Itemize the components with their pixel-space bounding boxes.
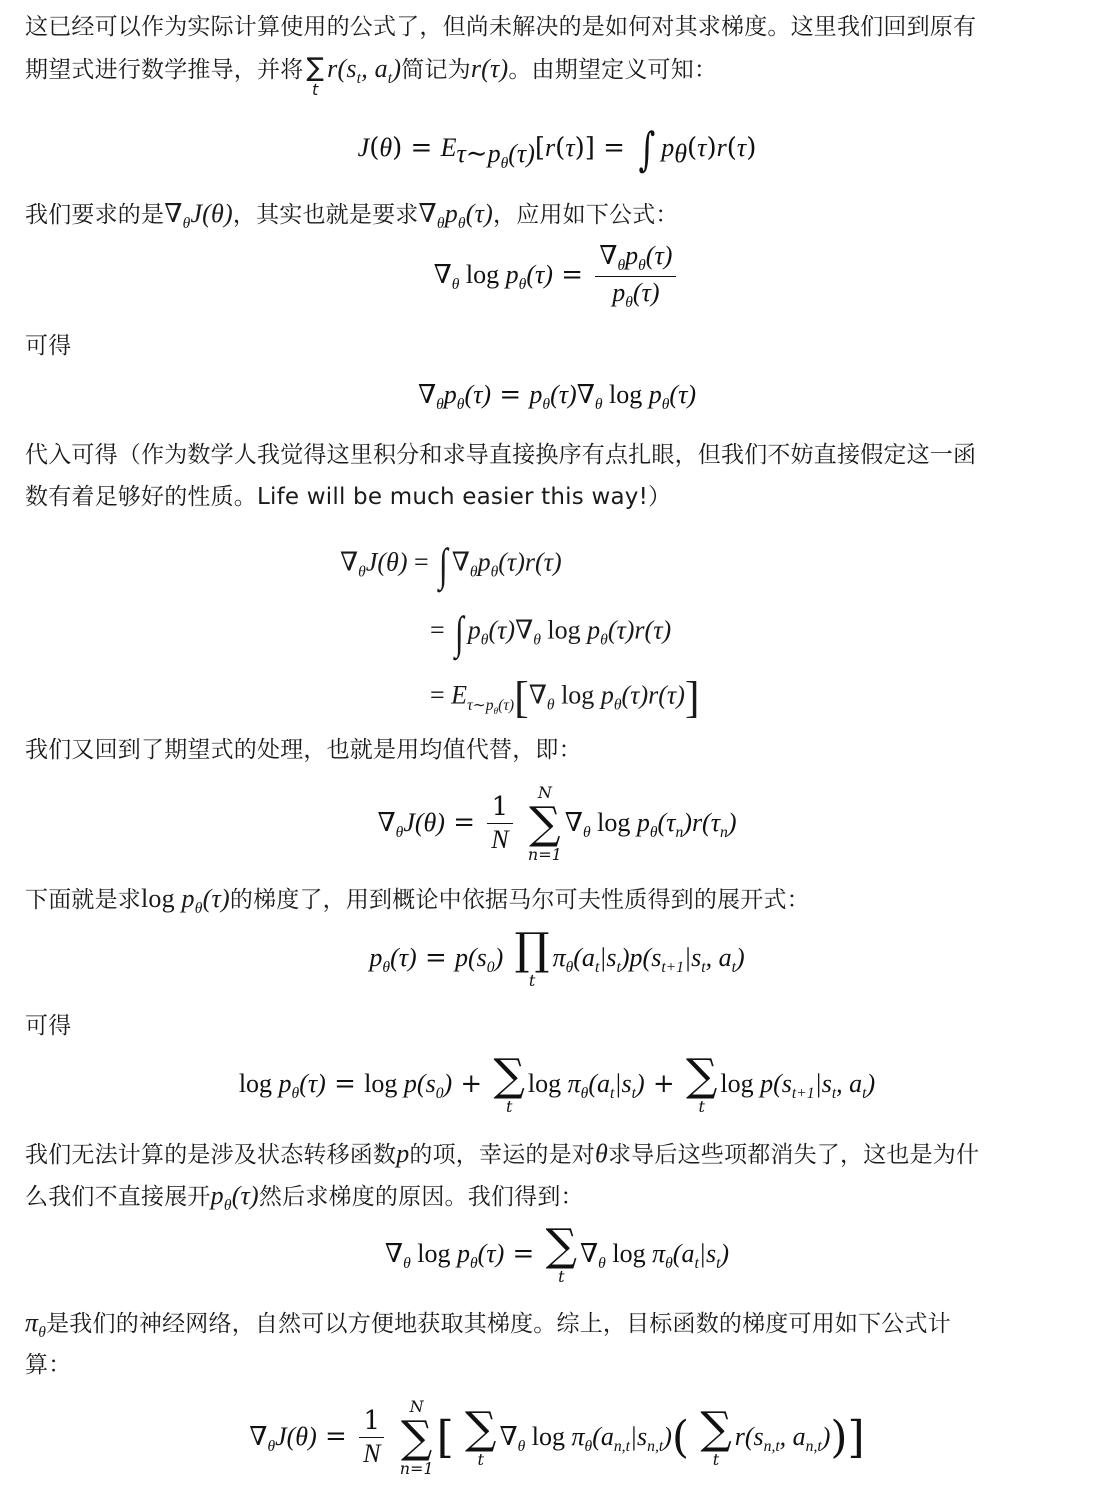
equation-log-trick: ∇θpθ(τ) = pθ(τ)∇θ log pθ(τ) xyxy=(0,380,1114,414)
inline-math: ∇θpθ(τ) xyxy=(418,199,493,228)
text: 简记为 xyxy=(401,57,471,83)
text: 么我们不直接展开 xyxy=(25,1184,211,1210)
paragraph-4-line-1: 代入可得（作为数学人我觉得这里积分和求导直接换序有点扎眼，但我们不妨直接假定这一… xyxy=(25,434,1095,476)
equation-gradient-line-3: = Eτ∼pθ(τ)[∇θ log pθ(τ)r(τ)] xyxy=(430,672,700,723)
text: ，应用如下公式： xyxy=(493,202,679,228)
text: 是我们的神经网络，自然可以方便地获取其梯度。综上，目标函数的梯度可用如下公式计 xyxy=(46,1311,951,1337)
inline-math: ∇θJ(θ) xyxy=(164,199,233,228)
text: 我们又回到了期望式的处理，也就是用均值代替，即： xyxy=(25,737,582,763)
equation-final-gradient: ∇θJ(θ) = 1N N∑n=1[ ∑t∇θ log πθ(an,t|sn,t… xyxy=(0,1398,1114,1477)
text: 。由期望定义可知： xyxy=(508,57,717,83)
sum-operator: ∑t xyxy=(306,55,324,99)
text: 下面就是求 xyxy=(25,887,141,913)
paragraph-1-line-2: 期望式进行数学推导，并将∑tr(st, at)简记为r(τ)。由期望定义可知： xyxy=(25,48,1095,100)
text: 这已经可以作为实际计算使用的公式了，但尚未解决的是如何对其求梯度。这里我们回到原… xyxy=(25,14,976,40)
paragraph-7: 可得 xyxy=(25,1005,1095,1047)
inline-math: r(τ) xyxy=(471,54,509,83)
paragraph-8-line-1: 我们无法计算的是涉及状态转移函数p的项，幸运的是对θ求导后这些项都消失了，这也是… xyxy=(25,1133,1095,1176)
equation-trajectory-probability: pθ(τ) = p(s0) ∏tπθ(at|st)p(st+1|st, at) xyxy=(0,928,1114,990)
document-page: 这已经可以作为实际计算使用的公式了，但尚未解决的是如何对其求梯度。这里我们回到原… xyxy=(0,0,1114,1492)
text: ，其实也就是要求 xyxy=(233,202,419,228)
equation-monte-carlo: ∇θJ(θ) = 1N N∑n=1∇θ log pθ(τn)r(τn) xyxy=(0,784,1114,863)
text: 我们要求的是 xyxy=(25,202,164,228)
equation-log-trajectory: log pθ(τ) = log p(s0) + ∑tlog πθ(at|st) … xyxy=(0,1054,1114,1116)
text: 可得 xyxy=(25,1013,71,1039)
text: 求导后这些项都消失了，这也是为什 xyxy=(608,1142,979,1168)
text: 的梯度了，用到概论中依据马尔可夫性质得到的展开式： xyxy=(230,887,810,913)
paragraph-3: 可得 xyxy=(25,325,1095,367)
text: 可得 xyxy=(25,333,71,359)
text: 算： xyxy=(25,1352,71,1378)
text: 数有着足够好的性质。Life will be much easier this … xyxy=(25,484,671,510)
text: 的项，幸运的是对 xyxy=(409,1142,595,1168)
text: 期望式进行数学推导，并将 xyxy=(25,57,303,83)
paragraph-1-line-1: 这已经可以作为实际计算使用的公式了，但尚未解决的是如何对其求梯度。这里我们回到原… xyxy=(25,6,1095,48)
paragraph-9-line-2: 算： xyxy=(25,1344,1095,1386)
equation-gradient-line-1: ∇θJ(θ) = ∫∇θpθ(τ)r(τ) xyxy=(340,538,562,591)
equation-log-derivative: ∇θ log pθ(τ) = ∇θpθ(τ)pθ(τ) xyxy=(0,240,1114,312)
inline-math: r(st, at) xyxy=(327,54,401,83)
inline-math: log pθ(τ) xyxy=(141,884,230,913)
text: 代入可得（作为数学人我觉得这里积分和求导直接换序有点扎眼，但我们不妨直接假定这一… xyxy=(25,442,976,468)
text: 我们无法计算的是涉及状态转移函数 xyxy=(25,1142,396,1168)
paragraph-6: 下面就是求log pθ(τ)的梯度了，用到概论中依据马尔可夫性质得到的展开式： xyxy=(25,878,1095,930)
paragraph-2: 我们要求的是∇θJ(θ)，其实也就是要求∇θpθ(τ)，应用如下公式： xyxy=(25,193,1095,245)
paragraph-4-line-2: 数有着足够好的性质。Life will be much easier this … xyxy=(25,476,1095,518)
equation-policy-gradient-log: ∇θ log pθ(τ) = ∑t∇θ log πθ(at|st) xyxy=(0,1224,1114,1286)
paragraph-5: 我们又回到了期望式的处理，也就是用均值代替，即： xyxy=(25,729,1095,771)
equation-objective: J(θ) = Eτ∼pθ(τ)[r(τ)] = ∫pθ(τ)r(τ) xyxy=(0,122,1114,176)
equation-gradient-line-2: = ∫pθ(τ)∇θ log pθ(τ)r(τ) xyxy=(430,606,671,659)
text: 然后求梯度的原因。我们得到： xyxy=(259,1184,584,1210)
